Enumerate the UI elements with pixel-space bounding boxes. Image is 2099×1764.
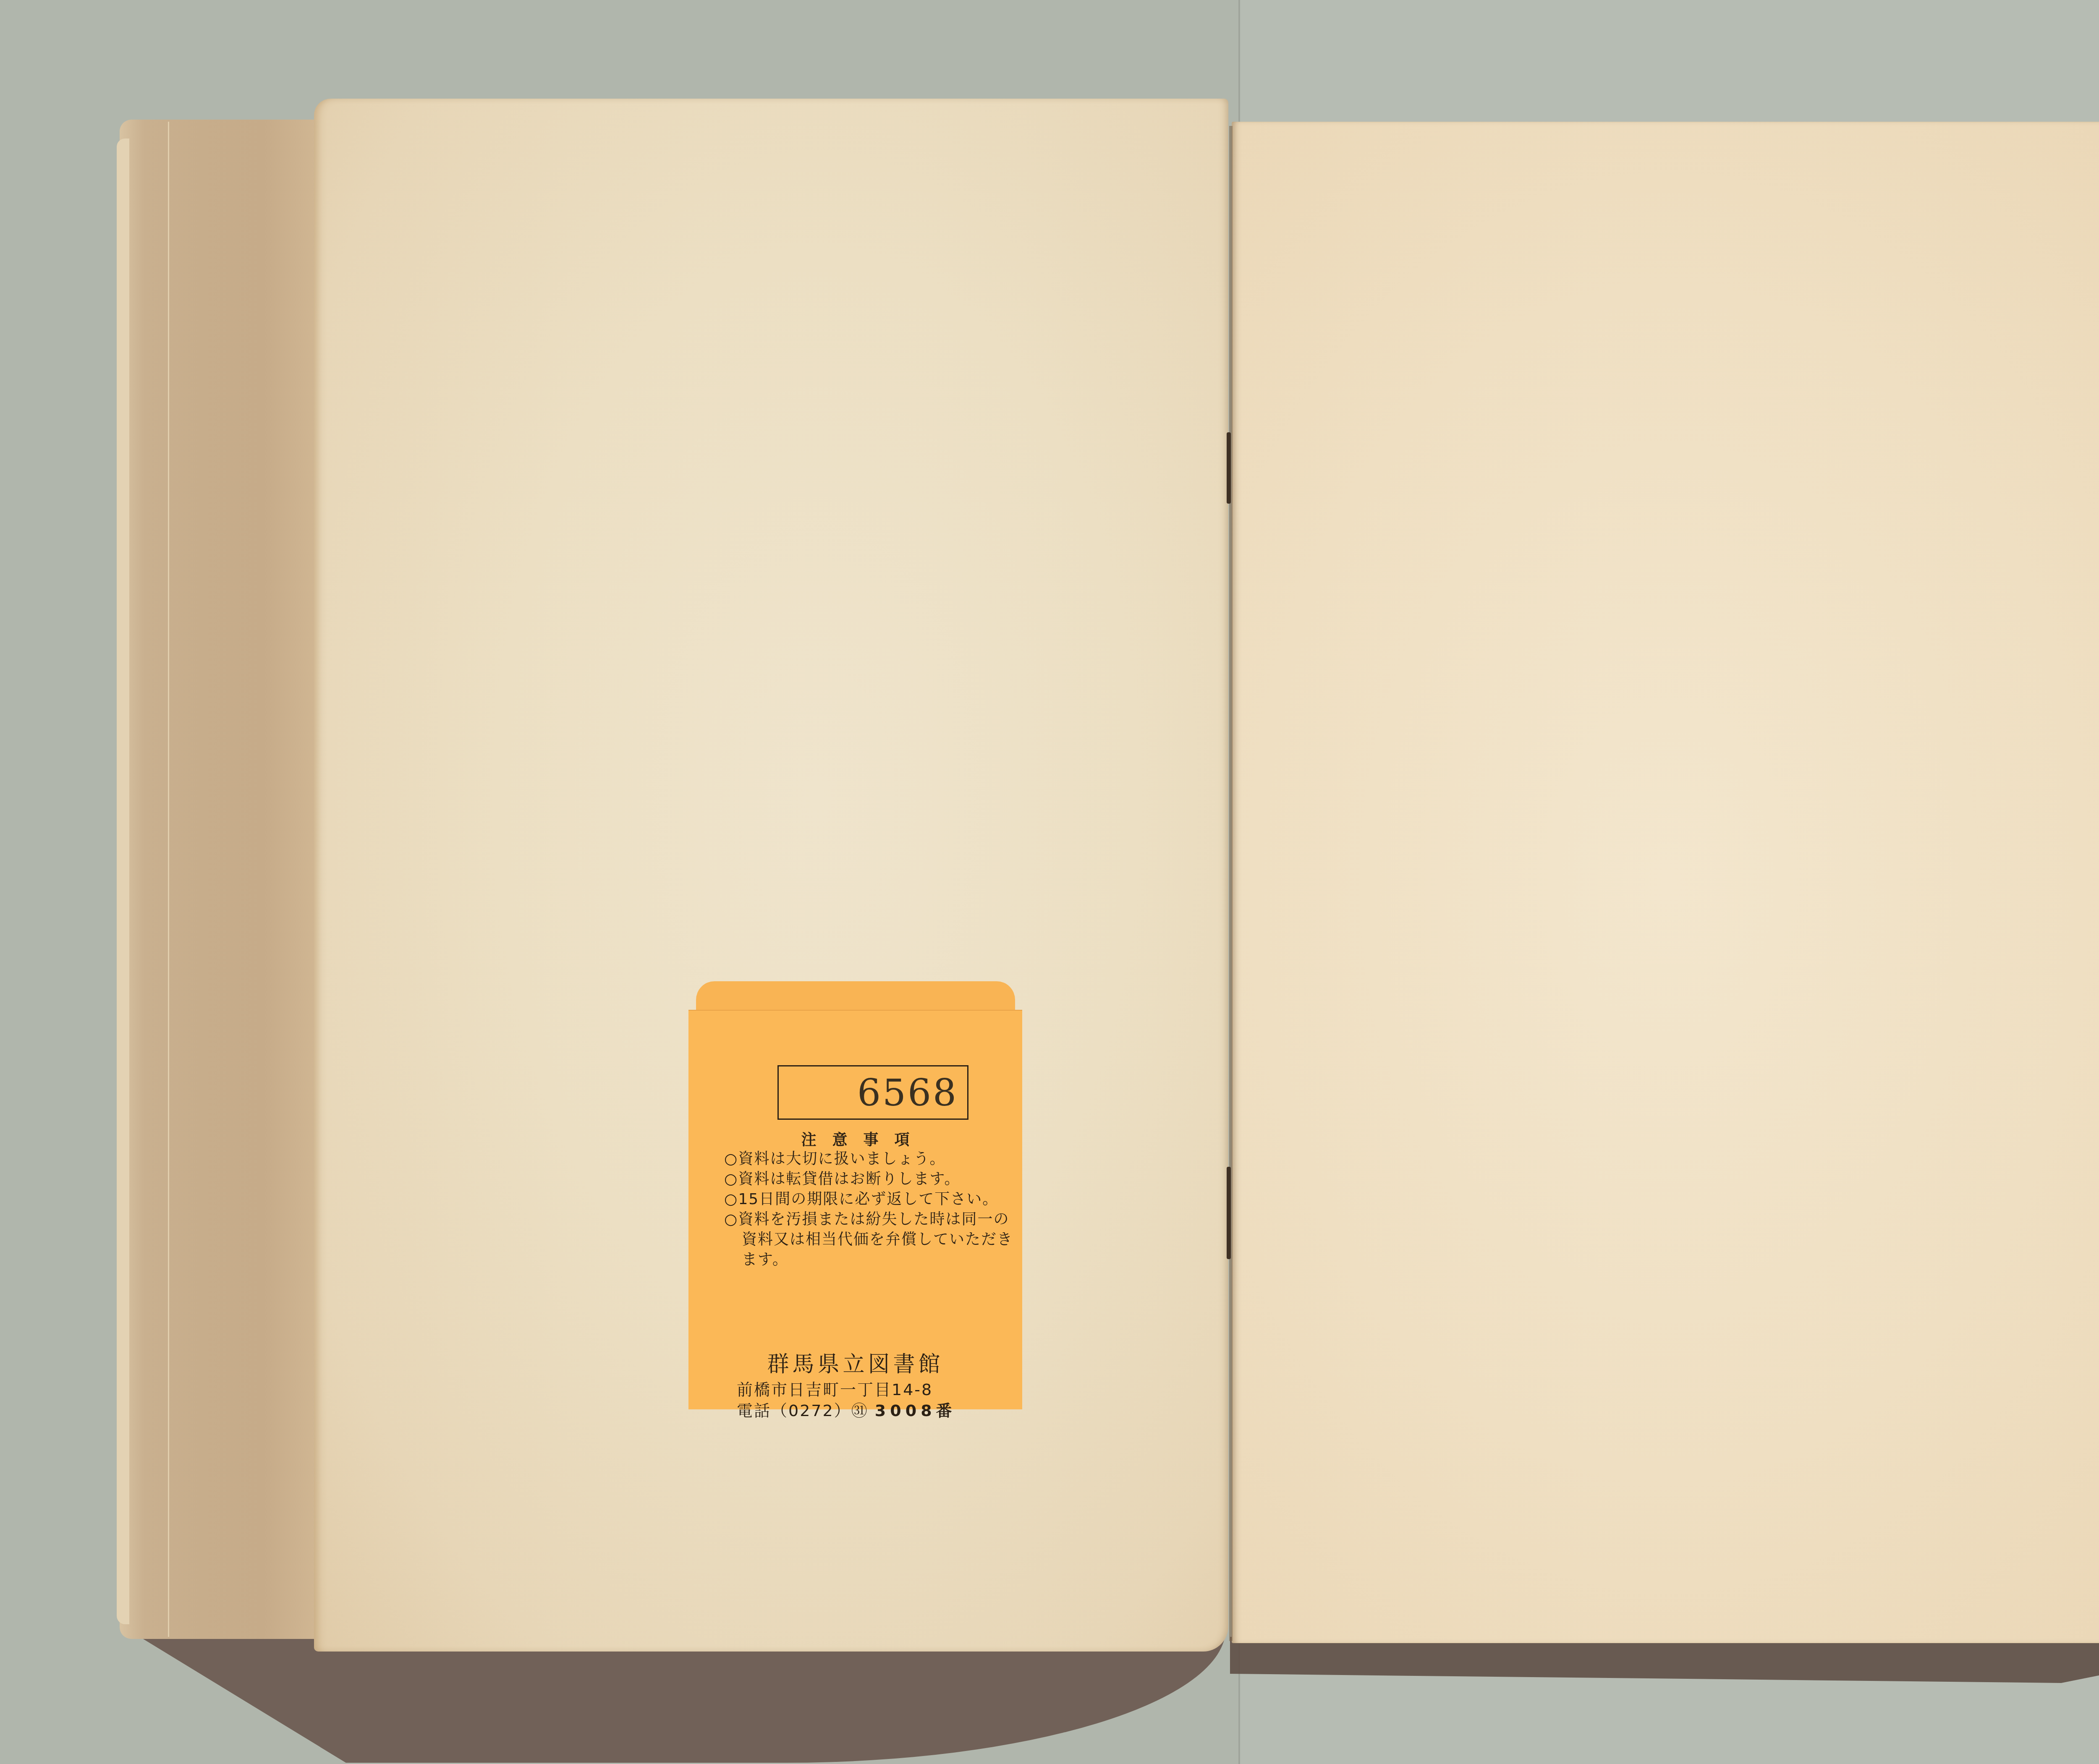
binding-stitch-upper [1227,432,1231,504]
rule-item: ○資料を汚損または紛失した時は同一の資料又は相当代価を弁償していただきます。 [724,1210,1014,1270]
phone-prefix: 電話（0272）㉛ [737,1401,869,1420]
library-name: 群馬県立図書館 [688,1346,1022,1378]
call-number: 6568 [857,1071,958,1114]
rule-item: ○資料は転貸借はお断りします。 [724,1169,1014,1189]
back-cover-edge [117,139,129,1624]
page-block-edge [120,120,325,1639]
rule-item: ○資料は大切に扱いましょう。 [724,1149,1014,1169]
call-number-box: 6568 [777,1065,968,1120]
phone-number: 3008番 [875,1401,956,1420]
page-block-crease [168,122,169,1637]
notice-rules: ○資料は大切に扱いましょう。 ○資料は転貸借はお断りします。 ○15日間の期限に… [724,1149,1014,1270]
pocket-front: 6568 注意事項 ○資料は大切に扱いましょう。 ○資料は転貸借はお断りします。… [688,1011,1022,1409]
book-gutter [1229,126,1233,1641]
library-phone: 電話（0272）㉛ 3008番 [737,1398,956,1421]
notice-title: 注意事項 [688,1128,1022,1150]
right-page [1232,122,2099,1643]
library-card-pocket[interactable]: 6568 注意事項 ○資料は大切に扱いましょう。 ○資料は転貸借はお断りします。… [688,981,1022,1409]
binding-stitch-lower [1227,1167,1231,1259]
rule-item: ○15日間の期限に必ず返して下さい。 [724,1189,1014,1210]
library-address: 前橋市日吉町一丁目14-8 [737,1377,933,1400]
